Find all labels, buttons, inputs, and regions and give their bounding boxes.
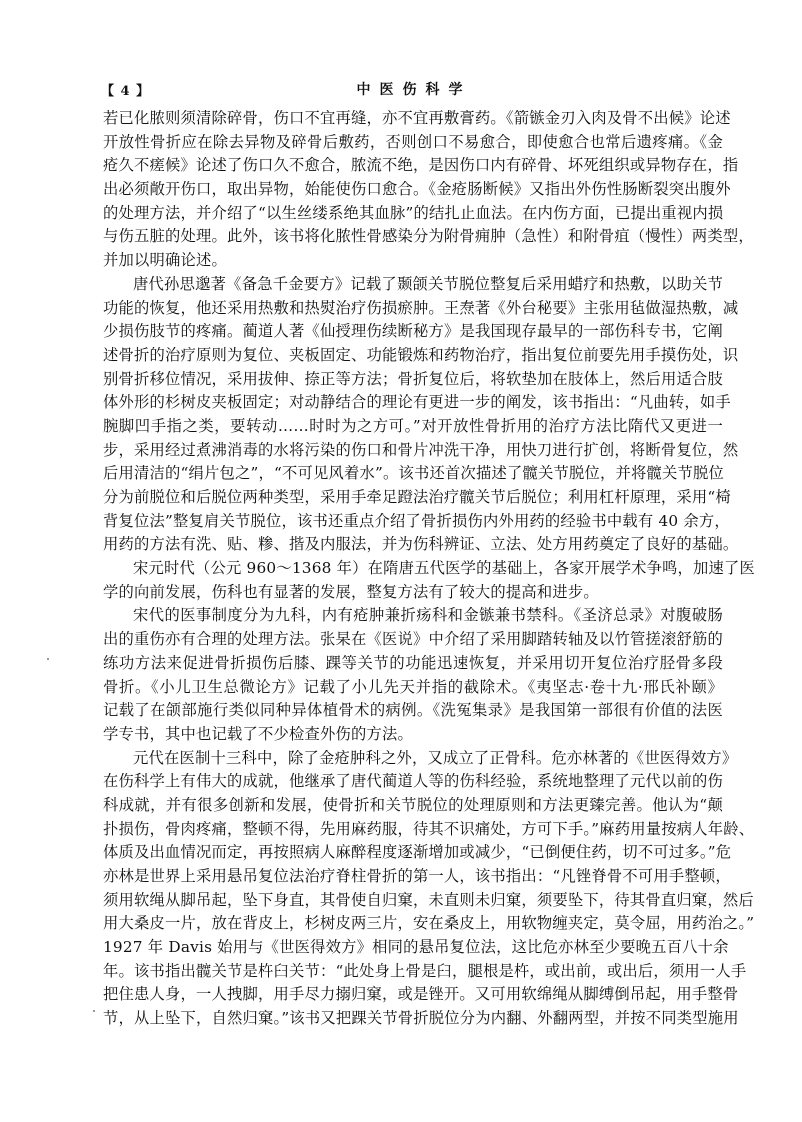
text-line: 节，从上坠下，自然归窠。”该书又把踝关节骨折脱位分为内翻、外翻两型，并按不同类型… (103, 1007, 723, 1031)
text-line: 科成就，并有很多创新和发展，使骨折和关节脱位的处理原则和方法更臻完善。他认为“颠 (103, 794, 723, 818)
text-line: 若已化脓则须清除碎骨，伤口不宜再缝，亦不宜再敷膏药。《箭镞金刃入肉及骨不出候》论… (103, 107, 723, 131)
text-line: 述骨折的治疗原则为复位、夹板固定、功能锻炼和药物治疗，指出复位前要先用手摸伤处，… (103, 344, 723, 368)
text-line: 记载了在颌部施行类似同种异体植骨术的病例。《洗冤集录》是我国第一部很有价值的法医 (103, 699, 723, 723)
text-line: 宋元时代（公元 960～1368 年）在隋唐五代医学的基础上，各家开展学术争鸣，… (103, 557, 723, 581)
scan-speck (93, 1010, 95, 1012)
text-line: 唐代孙思邈著《备急千金要方》记载了颞颌关节脱位整复后采用蜡疗和热敷，以助关节 (103, 273, 723, 297)
text-line: 出必须敞开伤口，取出异物，始能使伤口愈合。《金疮肠断候》又指出外伤性肠断裂突出腹… (103, 178, 723, 202)
text-line: 开放性骨折应在除去异物及碎骨后敷药，否则创口不易愈合，即使愈合也常后遗疼痛。《金 (103, 131, 723, 155)
text-line: 体质及出血情况而定，再按照病人麻醉程度逐渐增加或减少，“已倒便住药，切不可过多。… (103, 841, 723, 865)
text-line: 学专书，其中也记载了不少检查外伤的方法。 (103, 723, 723, 747)
text-line: 背复位法”整复肩关节脱位，该书还重点介绍了骨折损伤内外用药的经验书中载有 40 … (103, 510, 723, 534)
text-line: 用药的方法有洗、贴、糁、揩及内服法，并为伤科辨证、立法、处方用药奠定了良好的基础… (103, 533, 723, 557)
text-line: 腕脚凹手指之类，要转动……时时为之方可。”对开放性骨折用的治疗方法比隋代又更进一 (103, 415, 723, 439)
text-line: 年。该书指出髋关节是杵臼关节：“此处身上骨是臼，腿根是杵，或出前，或出后，须用一… (103, 960, 723, 984)
text-line: 与伤五脏的处理。此外，该书将化脓性骨感染分为附骨痈肿（急性）和附骨疽（慢性）两类… (103, 225, 723, 249)
text-line: 须用软绳从脚吊起，坠下身直，其骨使自归窠，未直则未归窠，须要坠下，待其骨直归窠，… (103, 889, 723, 913)
text-line: 疮久不瘥候》论述了伤口久不愈合，脓流不绝，是因伤口内有碎骨、坏死组织或异物存在，… (103, 154, 723, 178)
text-line: 后用清洁的“绢片包之”，“不可见风着水”。该书还首次描述了髋关节脱位，并将髋关节… (103, 462, 723, 486)
text-line: 骨折。《小儿卫生总微论方》记载了小儿先天并指的截除术。《夷坚志·卷十九·邢氏补颐… (103, 676, 723, 700)
body-text: 若已化脓则须清除碎骨，伤口不宜再缝，亦不宜再敷膏药。《箭镞金刃入肉及骨不出候》论… (103, 107, 723, 1031)
text-line: 在伤科学上有伟大的成就，他继承了唐代蔺道人等的伤科经验，系统地整理了元代以前的伤 (103, 770, 723, 794)
text-line: 扑损伤，骨肉疼痛，整顿不得，先用麻药服，待其不识痛处，方可下手。”麻药用量按病人… (103, 818, 723, 842)
text-line: 分为前脱位和后脱位两种类型，采用手牵足蹬法治疗髋关节后脱位；利用杠杆原理，采用“… (103, 486, 723, 510)
text-line: 学的向前发展，伤科也有显著的发展，整复方法有了较大的提高和进步。 (103, 581, 723, 605)
text-line: 练功方法来促进骨折损伤后膝、踝等关节的功能迅速恢复，并采用切开复位治疗胫骨多段 (103, 652, 723, 676)
text-line: 出的重伤亦有合理的处理方法。张杲在《医说》中介绍了采用脚踏转轴及以竹管搓滚舒筋的 (103, 628, 723, 652)
scan-speck (47, 658, 49, 660)
text-line: 1927 年 Davis 始用与《世医得效方》相同的悬吊复位法，这比危亦林至少要… (103, 936, 723, 960)
text-line: 亦林是世界上采用悬吊复位法治疗脊柱骨折的第一人，该书指出：“凡锉脊骨不可用手整顿… (103, 865, 723, 889)
text-line: 宋代的医事制度分为九科，内有疮肿兼折疡科和金镞兼书禁科。《圣济总录》对腹破肠 (103, 604, 723, 628)
text-line: 并加以明确论述。 (103, 249, 723, 273)
text-line: 元代在医制十三科中，除了金疮肿科之外，又成立了正骨科。危亦林著的《世医得效方》 (103, 747, 723, 771)
text-line: 步，采用经过煮沸消毒的水将污染的伤口和骨片冲洗干净，用快刀进行扩创，将断骨复位，… (103, 439, 723, 463)
text-line: 体外形的杉树皮夹板固定；对动静结合的理论有更进一步的阐发，该书指出：“凡曲转，如… (103, 391, 723, 415)
text-line: 的处理方法，并介绍了“以生丝缕系绝其血脉”的结扎止血法。在内伤方面，已提出重视内… (103, 202, 723, 226)
running-title: 中医伤科学 (0, 79, 802, 99)
text-line: 别骨折移位情况，采用拔伸、捺正等方法；骨折复位后，将软垫加在肢体上，然后用适合肢 (103, 368, 723, 392)
text-line: 用大桑皮一片，放在背皮上，杉树皮两三片，安在桑皮上，用软物缠夹定，莫令屈，用药治… (103, 912, 723, 936)
text-line: 少损伤肢节的疼痛。蔺道人著《仙授理伤续断秘方》是我国现存最早的一部伤科专书，它阐 (103, 320, 723, 344)
text-line: 功能的恢复，他还采用热敷和热熨治疗伤损瘀肿。王焘著《外台秘要》主张用毡做湿热敷，… (103, 297, 723, 321)
text-line: 把住患人身，一人拽脚，用手尽力搦归窠，或是锉开。又可用软绵绳从脚缚倒吊起，用手整… (103, 983, 723, 1007)
